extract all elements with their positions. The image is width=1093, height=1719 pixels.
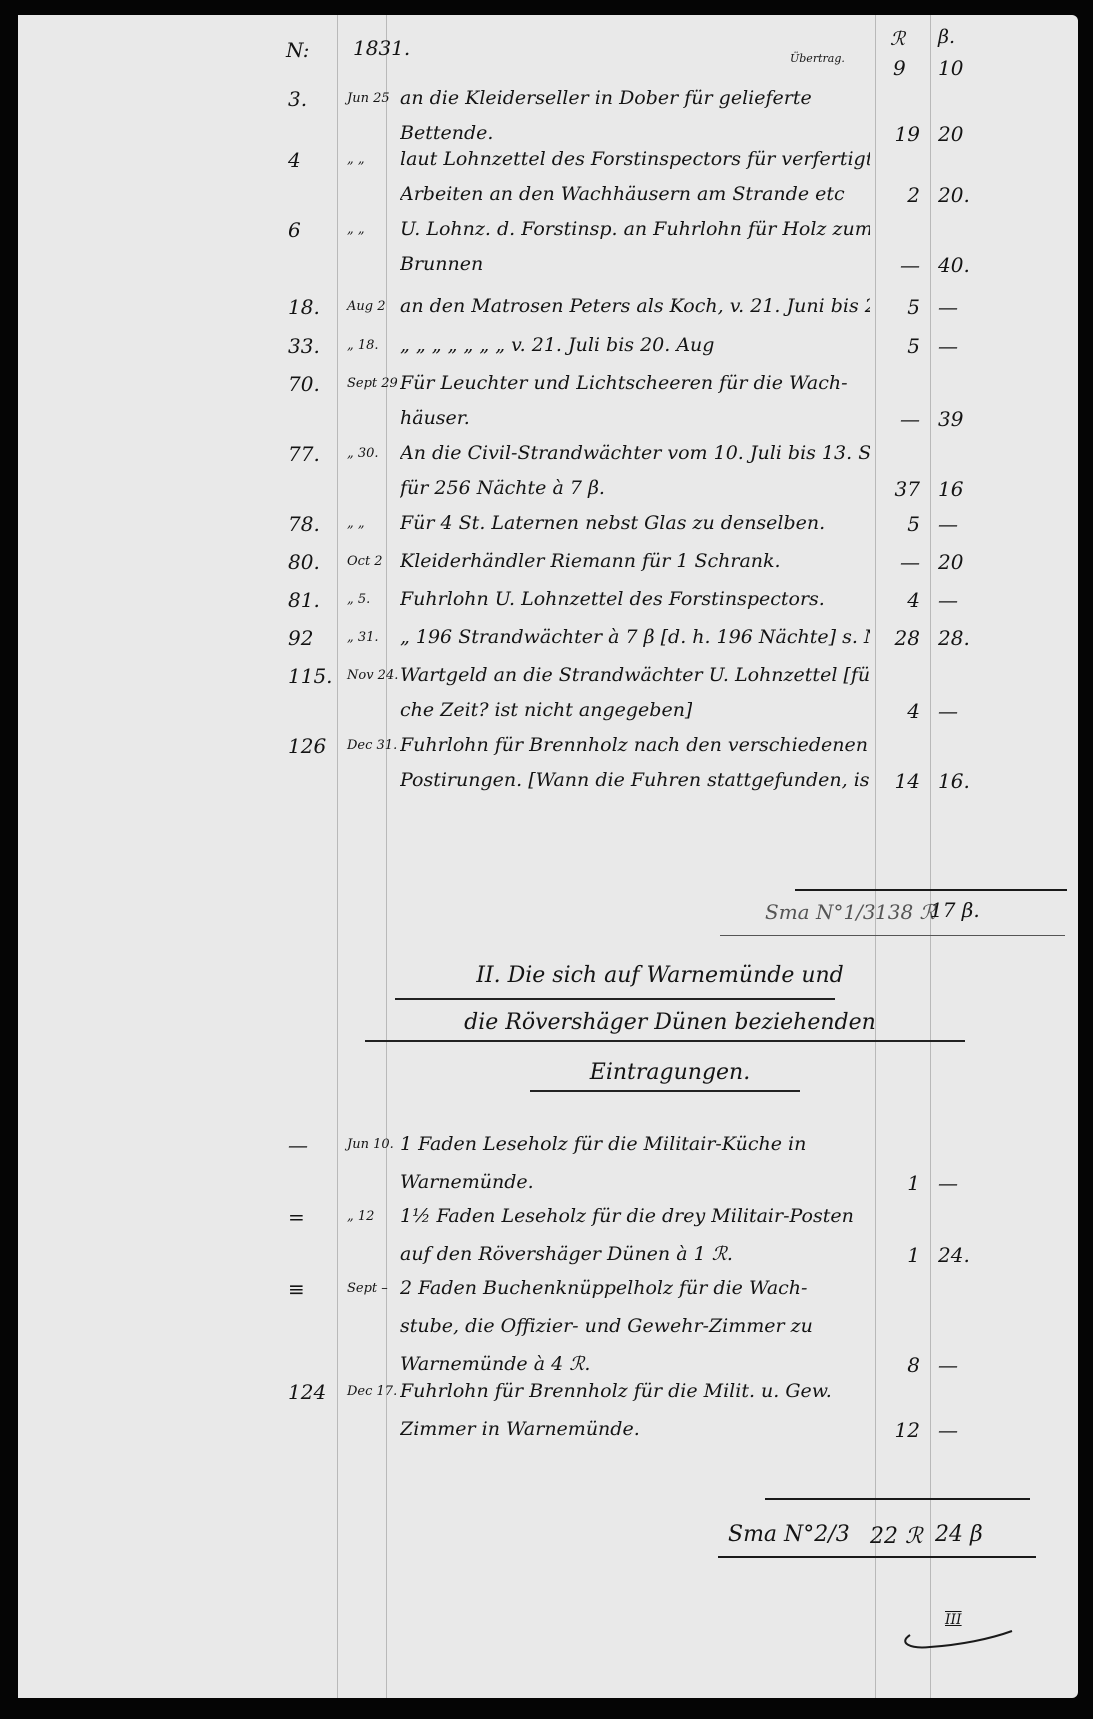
entry-date: Sept 29: [347, 376, 398, 391]
entry-number: 78.: [288, 512, 320, 536]
entry-number: 115.: [288, 664, 333, 688]
entry-description-line: Wartgeld an die Strandwächter U. Lohnzet…: [400, 664, 870, 686]
entry-date: Dec 31.: [347, 738, 397, 753]
entry-number: 4: [288, 148, 301, 172]
entry-thaler: —: [890, 253, 920, 277]
entry-description-line: Zimmer in Warnemünde.: [400, 1418, 640, 1440]
entry-description-line: Warnemünde.: [400, 1171, 534, 1193]
entry-schilling: —: [938, 588, 958, 612]
entry-description-line: Bettende.: [400, 122, 493, 144]
section-1-total-thaler: 138 ℛ: [875, 900, 936, 924]
entry-number: 3.: [288, 87, 307, 111]
total-rule-2b: [718, 1556, 1036, 1558]
entry-number: 6: [288, 218, 301, 242]
rule-thaler-schilling: [930, 15, 931, 1698]
number-label: N:: [286, 38, 310, 62]
entry-thaler: 4: [890, 588, 920, 612]
entry-schilling: 40.: [938, 253, 970, 277]
entry-description-line: An die Civil-Strandwächter vom 10. Juli …: [400, 442, 870, 464]
rule-date-text: [386, 15, 387, 1698]
heading-rule: [365, 1040, 965, 1042]
section-2-heading-line-1: II. Die sich auf Warnemünde und: [390, 963, 930, 988]
entry-number: 126: [288, 734, 326, 758]
entry-description-line: 1 Faden Leseholz für die Militair-Küche …: [400, 1133, 806, 1155]
entry-thaler: 5: [890, 512, 920, 536]
entry-description-line: stube, die Offizier- und Gewehr-Zimmer z…: [400, 1315, 813, 1337]
entry-thaler: 1: [890, 1171, 920, 1195]
entry-date: „ 31.: [347, 630, 379, 645]
flourish-icon: [900, 1625, 1020, 1665]
entry-date: Jun 25: [347, 91, 390, 106]
entry-thaler: 12: [890, 1418, 920, 1442]
entry-thaler: —: [890, 407, 920, 431]
entry-description-line: Warnemünde à 4 ℛ.: [400, 1353, 590, 1375]
entry-thaler: 14: [890, 769, 920, 793]
entry-schilling: 20.: [938, 183, 970, 207]
entry-schilling: 28.: [938, 626, 970, 650]
entry-number: 80.: [288, 550, 320, 574]
entry-number: ≡: [288, 1277, 305, 1301]
section-2-total-label: Sma N°2/3: [728, 1522, 850, 1547]
heading-rule: [395, 998, 835, 1000]
entry-schilling: —: [938, 1418, 958, 1442]
entry-description-line: che Zeit? ist nicht angegeben]: [400, 699, 692, 721]
entry-date: Oct 2: [347, 554, 383, 569]
column-thaler-header: ℛ: [890, 28, 905, 50]
entry-schilling: —: [938, 1353, 958, 1377]
entry-description-line: für 256 Nächte à 7 β.: [400, 477, 605, 499]
entry-number: 77.: [288, 442, 320, 466]
entry-number: 81.: [288, 588, 320, 612]
entry-description-line: Fuhrlohn U. Lohnzettel des Forstinspecto…: [400, 588, 825, 610]
entry-description-line: Für 4 St. Laternen nebst Glas zu denselb…: [400, 512, 825, 534]
entry-schilling: 16.: [938, 769, 970, 793]
entry-schilling: 39: [938, 407, 963, 431]
entry-number: =: [288, 1205, 305, 1229]
entry-description-line: an den Matrosen Peters als Koch, v. 21. …: [400, 295, 870, 317]
entry-thaler: 5: [890, 334, 920, 358]
total-rule-1b: [720, 935, 1065, 936]
carryover-thaler: 9: [893, 56, 906, 80]
entry-number: 124: [288, 1380, 326, 1404]
entry-thaler: —: [890, 550, 920, 574]
entry-description-line: laut Lohnzettel des Forstinspectors für …: [400, 148, 870, 170]
carryover-label: Übertrag.: [790, 52, 845, 65]
total-rule-1: [795, 889, 1067, 891]
entry-description-line: Kleiderhändler Riemann für 1 Schrank.: [400, 550, 781, 572]
total-rule-2: [765, 1498, 1030, 1500]
entry-schilling: 20: [938, 122, 963, 146]
section-1-total-label: Sma N°1/3: [765, 900, 876, 924]
entry-date: „ „: [347, 222, 365, 237]
entry-date: „ 30.: [347, 446, 379, 461]
entry-date: Aug 2: [347, 299, 386, 314]
entry-description-line: 2 Faden Buchenknüppelholz für die Wach-: [400, 1277, 807, 1299]
entry-number: 92: [288, 626, 313, 650]
entry-date: „ 12: [347, 1209, 374, 1224]
entry-description-line: Postirungen. [Wann die Fuhren stattgefun…: [400, 769, 870, 791]
entry-schilling: 20: [938, 550, 963, 574]
entry-number: 33.: [288, 334, 320, 358]
section-2-total-thaler: 22 ℛ: [870, 1524, 923, 1549]
entry-thaler: 1: [890, 1243, 920, 1267]
entry-date: „ „: [347, 516, 365, 531]
carryover-schilling: 10: [938, 56, 963, 80]
entry-description-line: Arbeiten an den Wachhäusern am Strande e…: [400, 183, 845, 205]
entry-description-line: Brunnen: [400, 253, 483, 275]
heading-rule: [530, 1090, 800, 1092]
entry-thaler: 2: [890, 183, 920, 207]
entry-number: 18.: [288, 295, 320, 319]
entry-thaler: 8: [890, 1353, 920, 1377]
rule-text-thaler: [875, 15, 876, 1698]
column-schilling-header: β.: [938, 26, 955, 48]
entry-description-line: häuser.: [400, 407, 470, 429]
entry-date: Dec 17.: [347, 1384, 397, 1399]
entry-description-line: 1½ Faden Leseholz für die drey Militair-…: [400, 1205, 854, 1227]
entry-schilling: —: [938, 334, 958, 358]
entry-description-line: „ 196 Strandwächter à 7 β [d. h. 196 Näc…: [400, 626, 870, 648]
entry-schilling: —: [938, 1171, 958, 1195]
entry-date: Jun 10.: [347, 1137, 394, 1152]
entry-schilling: 16: [938, 477, 963, 501]
section-2-heading-line-2: die Rövershäger Dünen beziehenden: [370, 1010, 970, 1035]
entry-thaler: 19: [890, 122, 920, 146]
entry-number: 70.: [288, 372, 320, 396]
entry-schilling: —: [938, 699, 958, 723]
entry-description-line: U. Lohnz. d. Forstinsp. an Fuhrlohn für …: [400, 218, 870, 240]
entry-description-line: auf den Rövershäger Dünen à 1 ℛ.: [400, 1243, 733, 1265]
entry-date: Nov 24.: [347, 668, 398, 683]
section-1-total-schilling: 17 β.: [930, 898, 980, 922]
entry-date: „ „: [347, 152, 365, 167]
entry-thaler: 37: [890, 477, 920, 501]
entry-thaler: 5: [890, 295, 920, 319]
entry-thaler: 4: [890, 699, 920, 723]
section-2-heading-line-3: Eintragungen.: [470, 1060, 870, 1085]
rule-number-date: [337, 15, 338, 1698]
year: 1831.: [353, 36, 410, 60]
entry-schilling: 24.: [938, 1243, 970, 1267]
entry-description-line: an die Kleiderseller in Dober für gelief…: [400, 87, 812, 109]
entry-description-line: „ „ „ „ „ „ „ v. 21. Juli bis 20. Aug: [400, 334, 714, 356]
entry-date: „ 5.: [347, 592, 370, 607]
entry-description-line: Fuhrlohn für Brennholz für die Milit. u.…: [400, 1380, 832, 1402]
entry-date: Sept –: [347, 1281, 388, 1296]
entry-description-line: Fuhrlohn für Brennholz nach den verschie…: [400, 734, 868, 756]
entry-number: —: [288, 1133, 308, 1157]
entry-date: „ 18.: [347, 338, 379, 353]
section-2-total-schilling: 24 β: [935, 1522, 983, 1547]
entry-schilling: —: [938, 512, 958, 536]
entry-description-line: Für Leuchter und Lichtscheeren für die W…: [400, 372, 848, 394]
entry-schilling: —: [938, 295, 958, 319]
entry-thaler: 28: [890, 626, 920, 650]
